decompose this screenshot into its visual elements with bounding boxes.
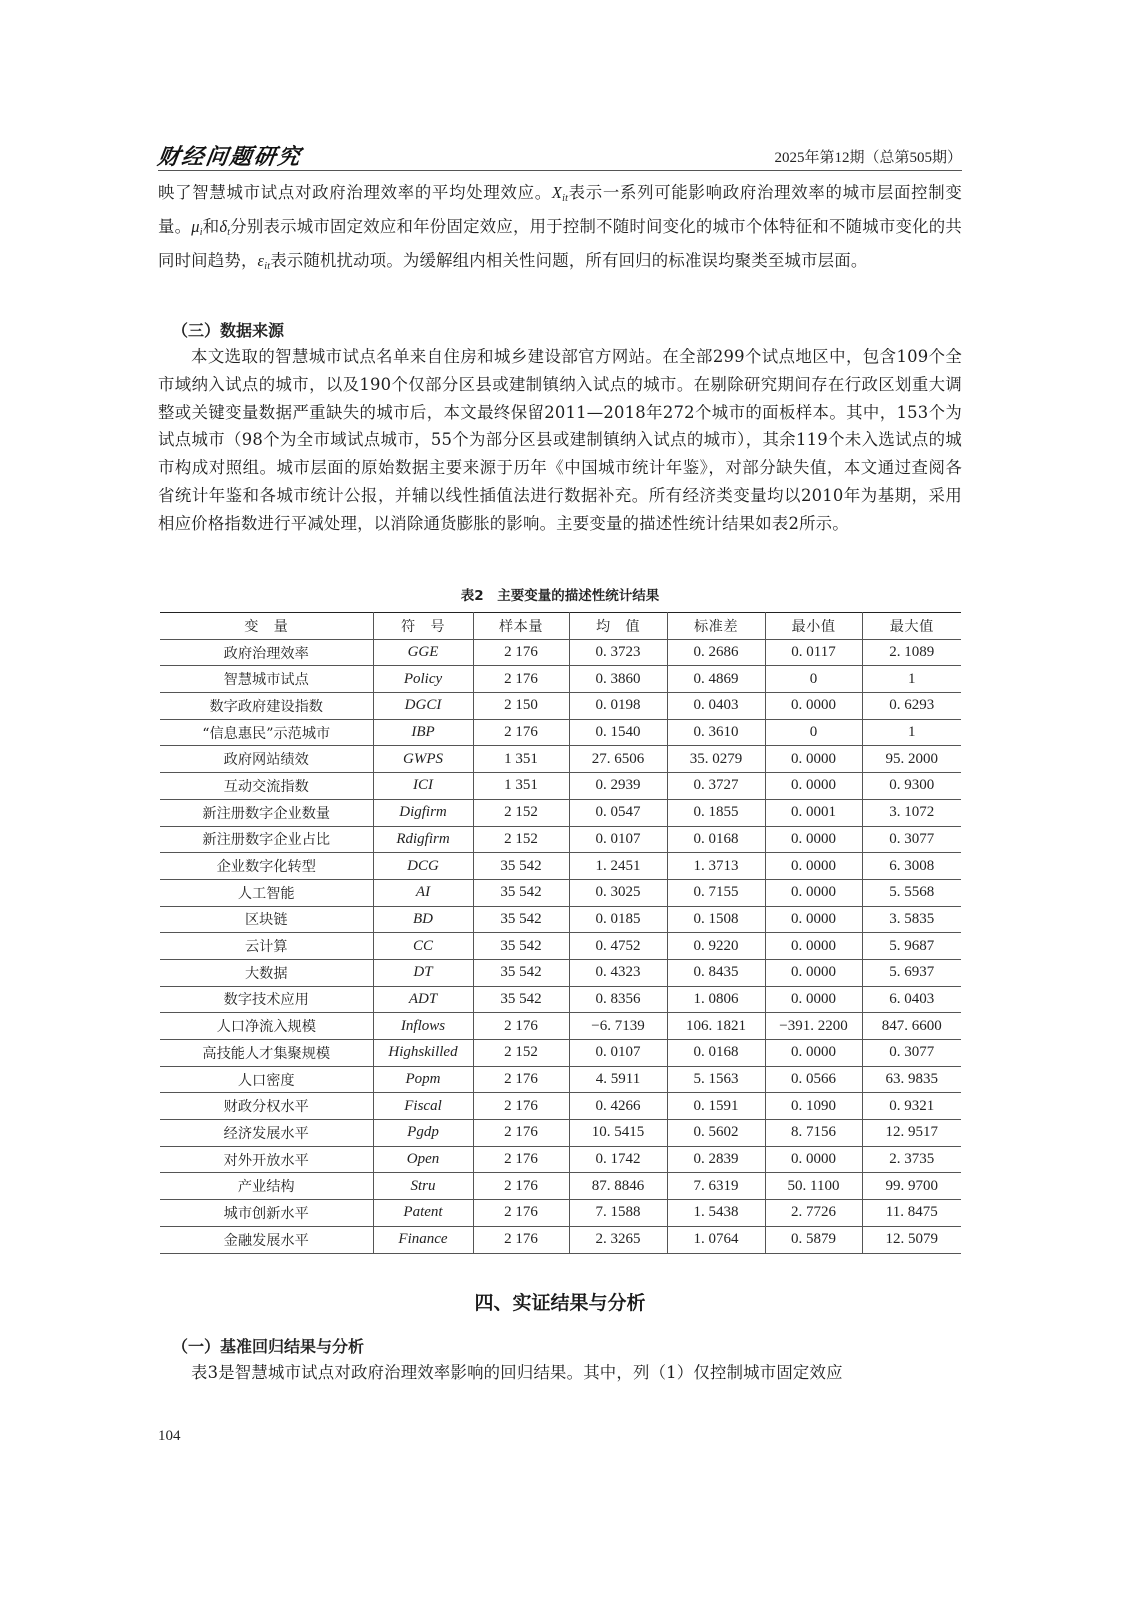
cell-variable: 智慧城市试点 [160,666,373,693]
table-row: 城市创新水平Patent2 1767. 15881. 54382. 772611… [160,1200,961,1227]
cell-min: 0. 0000 [765,746,862,773]
table-row: 政府治理效率GGE2 1760. 37230. 26860. 01172. 10… [160,639,961,666]
cell-max: 95. 2000 [862,746,961,773]
cell-sd: 0. 9220 [667,933,765,960]
descriptive-statistics-table: 变 量 符 号 样本量 均 值 标准差 最小值 最大值 政府治理效率GGE2 1… [160,612,961,1254]
cell-mean: 0. 3723 [569,639,667,666]
cell-min: 0. 1090 [765,1093,862,1120]
cell-sd: 35. 0279 [667,746,765,773]
table-row: “信息惠民”示范城市IBP2 1760. 15400. 361001 [160,719,961,746]
cell-max: 6. 3008 [862,853,961,880]
table-row: 新注册数字企业占比Rdigfirm2 1520. 01070. 01680. 0… [160,826,961,853]
cell-min: 50. 1100 [765,1173,862,1200]
cell-variable: 数字技术应用 [160,986,373,1013]
cell-min: 0. 5879 [765,1226,862,1253]
cell-sd: 0. 7155 [667,879,765,906]
text-span: 映了智慧城市试点对政府治理效率的平均处理效应。 [158,183,552,202]
cell-symbol: ADT [373,986,473,1013]
cell-variable: 互动交流指数 [160,773,373,800]
cell-n: 35 542 [473,959,569,986]
cell-mean: 4. 5911 [569,1066,667,1093]
running-header: 财经问题研究 2025年第12期（总第505期） [158,140,962,171]
cell-max: 1 [862,666,961,693]
table-row: 金融发展水平Finance2 1762. 32651. 07640. 58791… [160,1226,961,1253]
table-caption: 表2 主要变量的描述性统计结果 [158,584,962,604]
column-header-variable: 变 量 [160,613,373,640]
cell-sd: 1. 0764 [667,1226,765,1253]
cell-max: 0. 3077 [862,826,961,853]
cell-mean: 0. 2939 [569,773,667,800]
baseline-paragraph: 表3是智慧城市试点对政府治理效率影响的回归结果。其中，列（1）仅控制城市固定效应 [158,1359,962,1387]
cell-sd: 0. 0403 [667,693,765,720]
cell-sd: 0. 8435 [667,959,765,986]
cell-symbol: Popm [373,1066,473,1093]
issue-info: 2025年第12期（总第505期） [774,146,962,167]
cell-n: 2 176 [473,1013,569,1040]
cell-min: 0. 0000 [765,1146,862,1173]
table-row: 数字政府建设指数DGCI2 1500. 01980. 04030. 00000.… [160,693,961,720]
data-source-paragraph: 本文选取的智慧城市试点名单来自住房和城乡建设部官方网站。在全部299个试点地区中… [158,343,962,538]
cell-max: 2. 1089 [862,639,961,666]
cell-variable: 政府治理效率 [160,639,373,666]
cell-symbol: ICI [373,773,473,800]
cell-n: 2 176 [473,1066,569,1093]
cell-mean: 0. 4323 [569,959,667,986]
cell-variable: 人口净流入规模 [160,1013,373,1040]
table-row: 数字技术应用ADT35 5420. 83561. 08060. 00006. 0… [160,986,961,1013]
cell-sd: 0. 0168 [667,1040,765,1067]
column-header-sd: 标准差 [667,613,765,640]
cell-min: 0. 0000 [765,773,862,800]
cell-symbol: Digfirm [373,799,473,826]
page-number: 104 [158,1428,181,1445]
column-header-n: 样本量 [473,613,569,640]
cell-symbol: Pgdp [373,1120,473,1147]
cell-max: 6. 0403 [862,986,961,1013]
cell-mean: 10. 5415 [569,1120,667,1147]
cell-variable: 人工智能 [160,879,373,906]
cell-mean: 0. 0547 [569,799,667,826]
cell-min: 0 [765,719,862,746]
cell-symbol: Finance [373,1226,473,1253]
cell-min: 0. 0000 [765,826,862,853]
cell-symbol: IBP [373,719,473,746]
cell-sd: 0. 2839 [667,1146,765,1173]
cell-n: 1 351 [473,746,569,773]
table-row: 人工智能AI35 5420. 30250. 71550. 00005. 5568 [160,879,961,906]
cell-n: 35 542 [473,853,569,880]
subsection-heading-data-source: （三）数据来源 [172,318,284,341]
table-header-row: 变 量 符 号 样本量 均 值 标准差 最小值 最大值 [160,613,961,640]
cell-sd: 0. 5602 [667,1120,765,1147]
cell-symbol: Inflows [373,1013,473,1040]
cell-sd: 1. 3713 [667,853,765,880]
cell-sd: 0. 1508 [667,906,765,933]
cell-max: 0. 3077 [862,1040,961,1067]
cell-min: −391. 2200 [765,1013,862,1040]
cell-min: 8. 7156 [765,1120,862,1147]
cell-n: 2 176 [473,1120,569,1147]
cell-mean: 7. 1588 [569,1200,667,1227]
cell-max: 0. 9300 [862,773,961,800]
cell-variable: 对外开放水平 [160,1146,373,1173]
cell-sd: 7. 6319 [667,1173,765,1200]
cell-min: 0. 0000 [765,879,862,906]
text-span: 和 [203,217,220,236]
cell-max: 2. 3735 [862,1146,961,1173]
cell-n: 35 542 [473,933,569,960]
cell-max: 5. 9687 [862,933,961,960]
cell-symbol: CC [373,933,473,960]
table-row: 企业数字化转型DCG35 5421. 24511. 37130. 00006. … [160,853,961,880]
cell-min: 0 [765,666,862,693]
table-row: 新注册数字企业数量Digfirm2 1520. 05470. 18550. 00… [160,799,961,826]
cell-n: 2 176 [473,666,569,693]
cell-mean: 27. 6506 [569,746,667,773]
cell-variable: 云计算 [160,933,373,960]
cell-max: 0. 9321 [862,1093,961,1120]
cell-n: 2 176 [473,1146,569,1173]
cell-max: 847. 6600 [862,1013,961,1040]
cell-mean: 0. 0198 [569,693,667,720]
cell-min: 0. 0000 [765,1040,862,1067]
cell-symbol: GWPS [373,746,473,773]
cell-mean: 0. 4752 [569,933,667,960]
cell-mean: 0. 0107 [569,1040,667,1067]
table-row: 对外开放水平Open2 1760. 17420. 28390. 00002. 3… [160,1146,961,1173]
cell-variable: 大数据 [160,959,373,986]
cell-variable: 企业数字化转型 [160,853,373,880]
cell-sd: 0. 2686 [667,639,765,666]
cell-symbol: Policy [373,666,473,693]
cell-n: 2 176 [473,1173,569,1200]
cell-variable: “信息惠民”示范城市 [160,719,373,746]
journal-logo: 财经问题研究 [156,140,304,171]
section-heading: 四、实证结果与分析 [158,1288,962,1315]
cell-max: 5. 5568 [862,879,961,906]
cell-mean: 0. 0185 [569,906,667,933]
cell-min: 2. 7726 [765,1200,862,1227]
cell-symbol: DT [373,959,473,986]
cell-variable: 金融发展水平 [160,1226,373,1253]
cell-n: 2 176 [473,719,569,746]
cell-max: 12. 9517 [862,1120,961,1147]
table-row: 区块链BD35 5420. 01850. 15080. 00003. 5835 [160,906,961,933]
cell-mean: 0. 3025 [569,879,667,906]
cell-min: 0. 0000 [765,933,862,960]
cell-symbol: Open [373,1146,473,1173]
table-row: 产业结构Stru2 17687. 88467. 631950. 110099. … [160,1173,961,1200]
column-header-max: 最大值 [862,613,961,640]
cell-variable: 政府网站绩效 [160,746,373,773]
cell-mean: 0. 0107 [569,826,667,853]
cell-mean: 0. 1742 [569,1146,667,1173]
cell-n: 35 542 [473,879,569,906]
cell-n: 1 351 [473,773,569,800]
cell-n: 2 176 [473,1200,569,1227]
cell-variable: 数字政府建设指数 [160,693,373,720]
math-var-x: X [552,183,562,202]
cell-max: 3. 1072 [862,799,961,826]
cell-mean: 1. 2451 [569,853,667,880]
cell-variable: 产业结构 [160,1173,373,1200]
table-row: 政府网站绩效GWPS1 35127. 650635. 02790. 000095… [160,746,961,773]
cell-n: 2 176 [473,639,569,666]
cell-sd: 0. 3727 [667,773,765,800]
cell-n: 35 542 [473,986,569,1013]
cell-mean: 2. 3265 [569,1226,667,1253]
cell-sd: 106. 1821 [667,1013,765,1040]
table-row: 大数据DT35 5420. 43230. 84350. 00005. 6937 [160,959,961,986]
cell-mean: 0. 3860 [569,666,667,693]
cell-n: 2 152 [473,826,569,853]
table-row: 经济发展水平Pgdp2 17610. 54150. 56028. 715612.… [160,1120,961,1147]
table-row: 财政分权水平Fiscal2 1760. 42660. 15910. 10900.… [160,1093,961,1120]
subsection-heading-baseline: （一）基准回归结果与分析 [172,1334,364,1357]
cell-n: 2 176 [473,1093,569,1120]
cell-variable: 新注册数字企业数量 [160,799,373,826]
cell-max: 3. 5835 [862,906,961,933]
cell-min: 0. 0000 [765,959,862,986]
cell-n: 35 542 [473,906,569,933]
cell-n: 2 176 [473,1226,569,1253]
table-body: 政府治理效率GGE2 1760. 37230. 26860. 01172. 10… [160,639,961,1253]
cell-sd: 0. 1855 [667,799,765,826]
math-var-mu: μ [191,217,199,236]
cell-mean: 87. 8846 [569,1173,667,1200]
table-row: 高技能人才集聚规模Highskilled2 1520. 01070. 01680… [160,1040,961,1067]
cell-max: 5. 6937 [862,959,961,986]
cell-variable: 经济发展水平 [160,1120,373,1147]
cell-symbol: Patent [373,1200,473,1227]
cell-symbol: GGE [373,639,473,666]
intro-paragraph: 映了智慧城市试点对政府治理效率的平均处理效应。Xit表示一系列可能影响政府治理效… [158,179,962,280]
cell-min: 0. 0117 [765,639,862,666]
cell-mean: 0. 8356 [569,986,667,1013]
cell-variable: 城市创新水平 [160,1200,373,1227]
cell-mean: 0. 1540 [569,719,667,746]
cell-max: 11. 8475 [862,1200,961,1227]
cell-min: 0. 0566 [765,1066,862,1093]
cell-sd: 5. 1563 [667,1066,765,1093]
cell-symbol: Rdigfirm [373,826,473,853]
cell-variable: 区块链 [160,906,373,933]
cell-symbol: Fiscal [373,1093,473,1120]
cell-max: 0. 6293 [862,693,961,720]
cell-symbol: Highskilled [373,1040,473,1067]
text-span: 表示随机扰动项。为缓解组内相关性问题，所有回归的标准误均聚类至城市层面。 [270,251,867,270]
cell-symbol: DCG [373,853,473,880]
cell-variable: 财政分权水平 [160,1093,373,1120]
cell-n: 2 152 [473,1040,569,1067]
cell-mean: 0. 4266 [569,1093,667,1120]
table-row: 人口密度Popm2 1764. 59115. 15630. 056663. 98… [160,1066,961,1093]
table-row: 智慧城市试点Policy2 1760. 38600. 486901 [160,666,961,693]
cell-symbol: Stru [373,1173,473,1200]
cell-n: 2 152 [473,799,569,826]
cell-mean: −6. 7139 [569,1013,667,1040]
cell-max: 12. 5079 [862,1226,961,1253]
cell-sd: 0. 0168 [667,826,765,853]
column-header-mean: 均 值 [569,613,667,640]
cell-min: 0. 0000 [765,693,862,720]
table-row: 人口净流入规模Inflows2 176−6. 7139106. 1821−391… [160,1013,961,1040]
cell-symbol: AI [373,879,473,906]
cell-variable: 人口密度 [160,1066,373,1093]
cell-n: 2 150 [473,693,569,720]
cell-min: 0. 0000 [765,986,862,1013]
cell-sd: 0. 3610 [667,719,765,746]
cell-min: 0. 0000 [765,906,862,933]
cell-symbol: DGCI [373,693,473,720]
cell-min: 0. 0000 [765,853,862,880]
cell-sd: 0. 4869 [667,666,765,693]
table-row: 云计算CC35 5420. 47520. 92200. 00005. 9687 [160,933,961,960]
cell-sd: 1. 0806 [667,986,765,1013]
cell-max: 63. 9835 [862,1066,961,1093]
cell-max: 99. 9700 [862,1173,961,1200]
column-header-symbol: 符 号 [373,613,473,640]
cell-symbol: BD [373,906,473,933]
table-row: 互动交流指数ICI1 3510. 29390. 37270. 00000. 93… [160,773,961,800]
cell-sd: 1. 5438 [667,1200,765,1227]
cell-max: 1 [862,719,961,746]
cell-min: 0. 0001 [765,799,862,826]
cell-variable: 高技能人才集聚规模 [160,1040,373,1067]
column-header-min: 最小值 [765,613,862,640]
cell-sd: 0. 1591 [667,1093,765,1120]
cell-variable: 新注册数字企业占比 [160,826,373,853]
